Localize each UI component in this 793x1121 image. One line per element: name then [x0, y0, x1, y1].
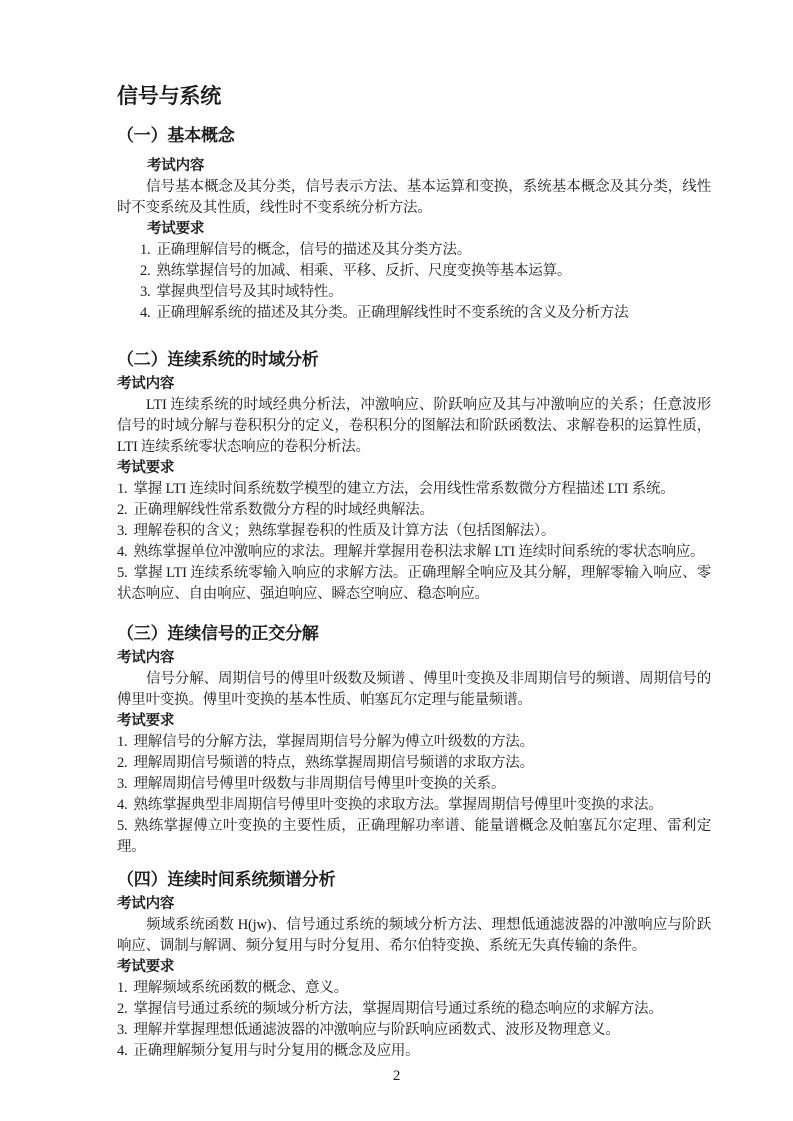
- item-number: 3.: [117, 1022, 127, 1038]
- section-heading: （三）连续信号的正交分解: [117, 622, 711, 645]
- item-text: 正确理解频分复用与时分复用的概念及应用。: [133, 1043, 419, 1059]
- item-text: 正确理解线性常系数微分方程的时域经典解法。: [133, 502, 433, 518]
- item-number: 4.: [117, 1043, 127, 1059]
- item-number: 5.: [117, 818, 127, 834]
- requirement-item: 2.理解周期信号频谱的特点，熟练掌握周期信号频谱的求取方法。: [117, 753, 711, 774]
- item-number: 1.: [117, 980, 127, 996]
- content-paragraph: 信号基本概念及其分类，信号表示方法、基本运算和变换，系统基本概念及其分类，线性时…: [117, 177, 711, 219]
- item-text: 理解周期信号傅里叶级数与非周期信号傅里叶变换的关系。: [133, 776, 505, 792]
- item-number: 4.: [117, 544, 127, 560]
- exam-content-label: 考试内容: [117, 648, 711, 669]
- requirement-list: 1.理解信号的分解方法，掌握周期信号分解为傅立叶级数的方法。 2.理解周期信号频…: [117, 732, 711, 858]
- item-text: 掌握信号通过系统的频域分析方法，掌握周期信号通过系统的稳态响应的求解方法。: [133, 1001, 662, 1017]
- requirement-item: 4.熟练掌握单位冲激响应的求法。理解并掌握用卷积法求解 LTI 连续时间系统的零…: [117, 542, 711, 563]
- document-title: 信号与系统: [117, 84, 711, 109]
- page-number: 2: [0, 1062, 793, 1086]
- section-3: （三）连续信号的正交分解 考试内容 信号分解、周期信号的傅里叶级数及频谱 、傅里…: [117, 622, 711, 858]
- requirement-item: 2.正确理解线性常系数微分方程的时域经典解法。: [117, 500, 711, 521]
- item-number: 3.: [140, 284, 150, 300]
- exam-content-label: 考试内容: [117, 894, 711, 915]
- requirement-list: 1.掌握 LTI 连续时间系统数学模型的建立方法，会用线性常系数微分方程描述 L…: [117, 479, 711, 605]
- item-number: 2.: [140, 263, 150, 279]
- requirement-item: 3.理解周期信号傅里叶级数与非周期信号傅里叶变换的关系。: [117, 774, 711, 795]
- section-heading: （二）连续系统的时域分析: [117, 348, 711, 371]
- item-text: 熟练掌握单位冲激响应的求法。理解并掌握用卷积法求解 LTI 连续时间系统的零状态…: [133, 544, 704, 560]
- item-number: 1.: [140, 242, 150, 258]
- item-number: 3.: [117, 776, 127, 792]
- item-text: 熟练掌握信号的加减、相乘、平移、反折、尺度变换等基本运算。: [156, 263, 571, 279]
- item-text: 正确理解信号的概念，信号的描述及其分类方法。: [156, 242, 471, 258]
- requirement-item: 4.正确理解频分复用与时分复用的概念及应用。: [117, 1041, 711, 1062]
- item-text: 正确理解系统的描述及其分类。正确理解线性时不变系统的含义及分析方法: [156, 305, 628, 321]
- requirement-list: 1.正确理解信号的概念，信号的描述及其分类方法。 2.熟练掌握信号的加减、相乘、…: [117, 240, 711, 324]
- item-text: 理解频域系统函数的概念、意义。: [133, 980, 348, 996]
- item-number: 4.: [140, 305, 150, 321]
- content-paragraph: 频域系统函数 H(jw)、信号通过系统的频域分析方法、理想低通滤波器的冲激响应与…: [117, 915, 711, 957]
- item-text: 熟练掌握傅立叶变换的主要性质，正确理解功率谱、能量谱概念及帕塞瓦尔定理、雷利定理…: [117, 818, 711, 855]
- exam-requirements-label: 考试要求: [117, 711, 711, 732]
- content-paragraph: 信号分解、周期信号的傅里叶级数及频谱 、傅里叶变换及非周期信号的频谱、周期信号的…: [117, 669, 711, 711]
- item-text: 理解卷积的含义；熟练掌握卷积的性质及计算方法（包括图解法）。: [133, 523, 555, 539]
- requirement-item: 1.理解频域系统函数的概念、意义。: [117, 978, 711, 999]
- requirement-list: 1.理解频域系统函数的概念、意义。 2.掌握信号通过系统的频域分析方法，掌握周期…: [117, 978, 711, 1062]
- requirement-item: 2.熟练掌握信号的加减、相乘、平移、反折、尺度变换等基本运算。: [140, 261, 711, 282]
- requirement-item: 1.理解信号的分解方法，掌握周期信号分解为傅立叶级数的方法。: [117, 732, 711, 753]
- item-text: 掌握 LTI 连续系统零输入响应的求解方法。正确理解全响应及其分解，理解零输入响…: [117, 565, 711, 602]
- section-heading: （一）基本概念: [117, 124, 711, 147]
- requirement-item: 1.掌握 LTI 连续时间系统数学模型的建立方法，会用线性常系数微分方程描述 L…: [117, 479, 711, 500]
- item-number: 3.: [117, 523, 127, 539]
- item-number: 2.: [117, 1001, 127, 1017]
- section-4: （四）连续时间系统频谱分析 考试内容 频域系统函数 H(jw)、信号通过系统的频…: [117, 868, 711, 1062]
- content-paragraph: LTI 连续系统的时域经典分析法，冲激响应、阶跃响应及其与冲激响应的关系；任意波…: [117, 395, 711, 458]
- item-number: 2.: [117, 502, 127, 518]
- item-text: 掌握典型信号及其时域特性。: [156, 284, 342, 300]
- requirement-item: 5.熟练掌握傅立叶变换的主要性质，正确理解功率谱、能量谱概念及帕塞瓦尔定理、雷利…: [117, 816, 711, 858]
- exam-requirements-label: 考试要求: [147, 219, 711, 240]
- exam-content-label: 考试内容: [117, 374, 711, 395]
- item-text: 理解并掌握理想低通滤波器的冲激响应与阶跃响应函数式、波形及物理意义。: [133, 1022, 619, 1038]
- item-number: 4.: [117, 797, 127, 813]
- requirement-item: 3.掌握典型信号及其时域特性。: [140, 282, 711, 303]
- section-heading: （四）连续时间系统频谱分析: [117, 868, 711, 891]
- item-text: 熟练掌握典型非周期信号傅里叶变换的求取方法。掌握周期信号傅里叶变换的求法。: [133, 797, 662, 813]
- requirement-item: 1.正确理解信号的概念，信号的描述及其分类方法。: [140, 240, 711, 261]
- item-text: 掌握 LTI 连续时间系统数学模型的建立方法，会用线性常系数微分方程描述 LTI…: [133, 481, 674, 497]
- exam-content-label: 考试内容: [147, 156, 711, 177]
- requirement-item: 4.熟练掌握典型非周期信号傅里叶变换的求取方法。掌握周期信号傅里叶变换的求法。: [117, 795, 711, 816]
- requirement-item: 5.掌握 LTI 连续系统零输入响应的求解方法。正确理解全响应及其分解，理解零输…: [117, 563, 711, 605]
- requirement-item: 3.理解并掌握理想低通滤波器的冲激响应与阶跃响应函数式、波形及物理意义。: [117, 1020, 711, 1041]
- item-text: 理解周期信号频谱的特点，熟练掌握周期信号频谱的求取方法。: [133, 755, 533, 771]
- item-number: 2.: [117, 755, 127, 771]
- item-number: 5.: [117, 565, 127, 581]
- requirement-item: 3.理解卷积的含义；熟练掌握卷积的性质及计算方法（包括图解法）。: [117, 521, 711, 542]
- exam-requirements-label: 考试要求: [117, 957, 711, 978]
- section-1: （一）基本概念 考试内容 信号基本概念及其分类，信号表示方法、基本运算和变换，系…: [117, 124, 711, 324]
- requirement-item: 2.掌握信号通过系统的频域分析方法，掌握周期信号通过系统的稳态响应的求解方法。: [117, 999, 711, 1020]
- document-page: 信号与系统 （一）基本概念 考试内容 信号基本概念及其分类，信号表示方法、基本运…: [0, 0, 793, 1121]
- requirement-item: 4.正确理解系统的描述及其分类。正确理解线性时不变系统的含义及分析方法: [140, 303, 711, 324]
- item-number: 1.: [117, 734, 127, 750]
- item-number: 1.: [117, 481, 127, 497]
- exam-requirements-label: 考试要求: [117, 458, 711, 479]
- section-2: （二）连续系统的时域分析 考试内容 LTI 连续系统的时域经典分析法，冲激响应、…: [117, 348, 711, 605]
- item-text: 理解信号的分解方法，掌握周期信号分解为傅立叶级数的方法。: [133, 734, 533, 750]
